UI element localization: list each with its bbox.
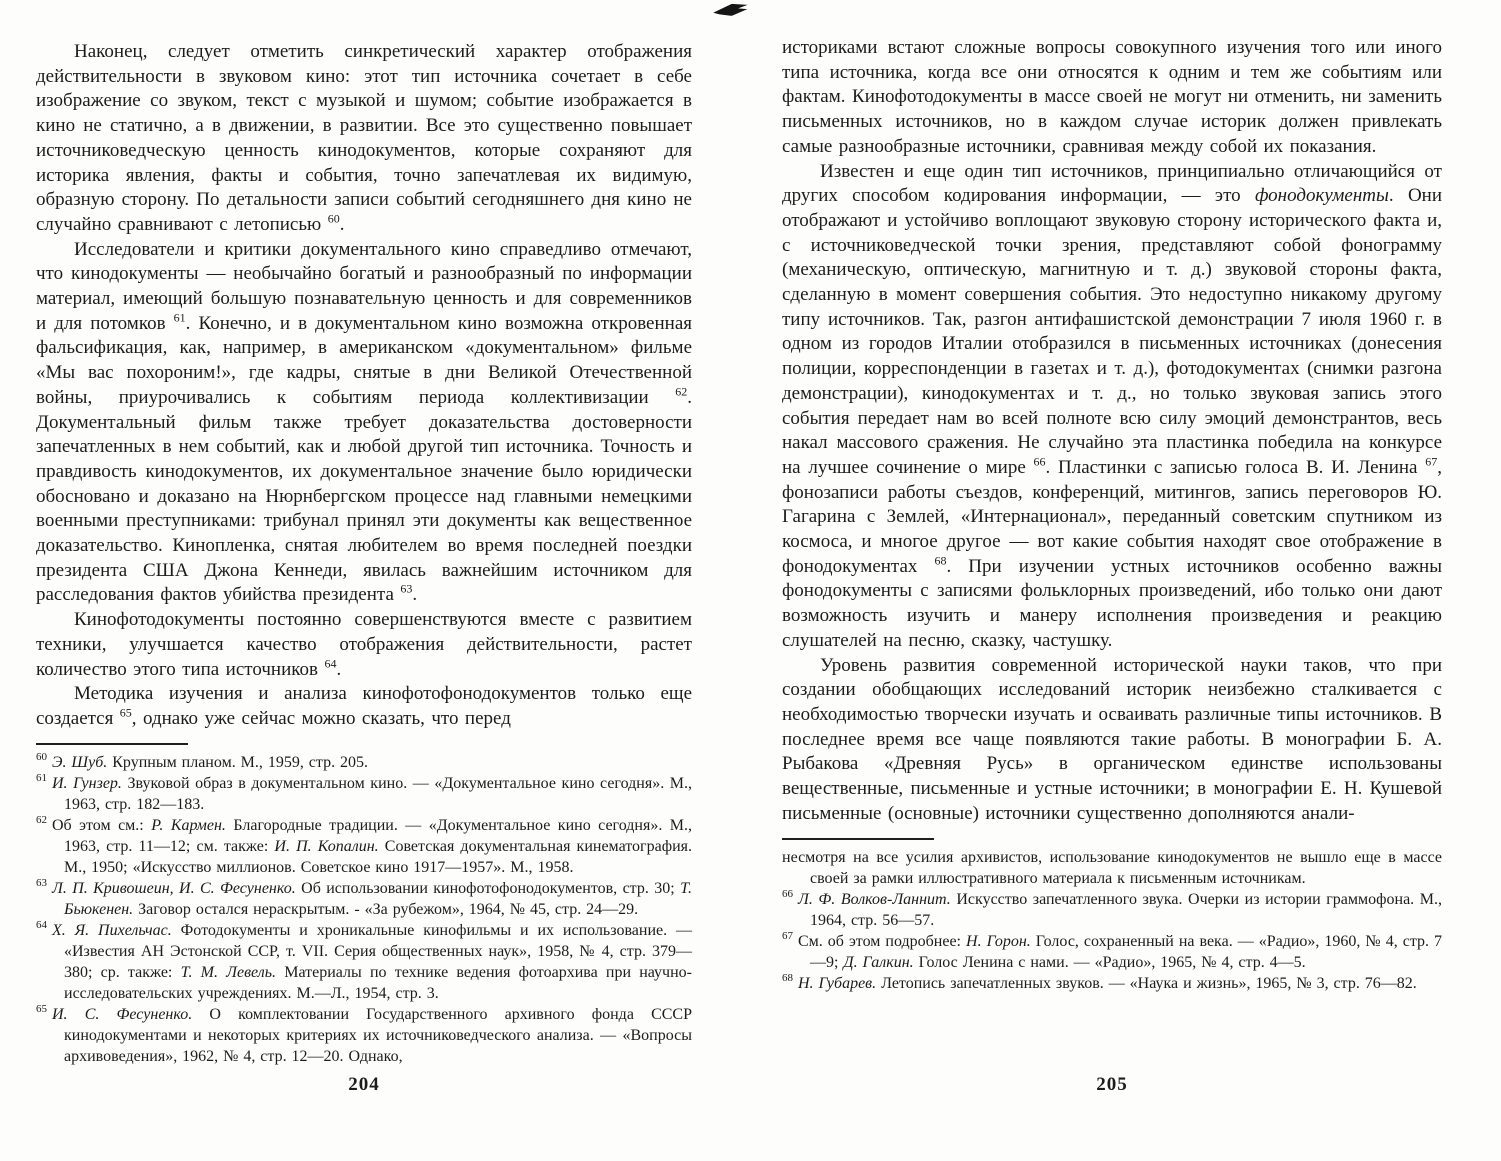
- footnote-reference: 65: [120, 706, 132, 720]
- footnote-number: 64: [36, 919, 47, 931]
- paragraph: Уровень развития современной историческо…: [782, 654, 1442, 827]
- text-segment: Кинофотодокументы постоянно совершенству…: [36, 609, 692, 679]
- footnote-reference: 63: [400, 582, 412, 596]
- footnote: 64Х. Я. Пихельчас. Фотодокументы и хрони…: [36, 920, 692, 1004]
- italic-text-segment: Р. Кармен.: [151, 817, 226, 834]
- italic-text-segment: И. Гунзер.: [52, 775, 122, 792]
- italic-text-segment: Н. Губарев.: [798, 975, 876, 992]
- footnote-number: 61: [36, 772, 47, 784]
- left-page-footnotes: 60Э. Шуб. Крупным планом. М., 1959, стр.…: [36, 752, 692, 1067]
- footnote-reference: 62: [675, 385, 687, 399]
- italic-text-segment: И. П. Копалин.: [274, 838, 378, 855]
- text-segment: .: [340, 214, 345, 235]
- footnote: 61И. Гунзер. Звуковой образ в документал…: [36, 773, 692, 815]
- footnote: 66Л. Ф. Волков-Ланнит. Искусство запечат…: [782, 889, 1442, 931]
- italic-text-segment: Э. Шуб.: [52, 754, 107, 771]
- footnote-reference: 66: [1034, 455, 1046, 469]
- footnote-reference: 64: [324, 656, 336, 670]
- page-number: 204: [36, 1074, 692, 1096]
- footnote-separator: [36, 743, 188, 745]
- footnote: 60Э. Шуб. Крупным планом. М., 1959, стр.…: [36, 752, 692, 773]
- right-page: историками встают сложные вопросы совоку…: [782, 36, 1442, 994]
- italic-text-segment: И. С. Фесуненко.: [52, 1006, 192, 1023]
- footnote-reference: 68: [934, 553, 946, 567]
- text-segment: .: [336, 659, 341, 680]
- text-segment: историками встают сложные вопросы совоку…: [782, 37, 1442, 157]
- text-segment: Голос Ленина с нами. — «Радио», 1965, № …: [914, 954, 1306, 971]
- paragraph: Известен и еще один тип источников, прин…: [782, 160, 1442, 654]
- footnote: 65И. С. Фесуненко. О комплектовании Госу…: [36, 1004, 692, 1067]
- paragraph: Исследователи и критики документального …: [36, 238, 692, 609]
- text-segment: Заговор остался нераскрытым. - «За рубеж…: [133, 901, 638, 918]
- footnote-reference: 61: [174, 310, 186, 324]
- right-page-body: историками встают сложные вопросы совоку…: [782, 36, 1442, 827]
- text-segment: Об использовании кинофотофонодокументов,…: [296, 880, 680, 897]
- footnote-number: 62: [36, 814, 47, 826]
- left-page: Наконец, следует отметить синкретический…: [36, 40, 692, 1067]
- text-segment: . Пластинки с записью голоса В. И. Ленин…: [1046, 457, 1426, 478]
- footnote-separator: [782, 838, 934, 840]
- italic-text-segment: Т. М. Левель.: [181, 964, 276, 981]
- page-number: 205: [782, 1074, 1442, 1096]
- paragraph: Методика изучения и анализа кинофотофоно…: [36, 682, 692, 731]
- footnote: 68Н. Губарев. Летопись запечатленных зву…: [782, 973, 1442, 994]
- text-segment: . Документальный фильм также требует док…: [36, 387, 692, 606]
- right-page-footnotes: несмотря на все усилия архивистов, испол…: [782, 847, 1442, 994]
- text-segment: Звуковой образ в документальном кино. — …: [64, 775, 692, 813]
- footnote-number: 68: [782, 972, 793, 984]
- text-segment: Крупным планом. М., 1959, стр. 205.: [107, 754, 368, 771]
- footnote-reference: 60: [328, 212, 340, 226]
- left-page-body: Наконец, следует отметить синкретический…: [36, 40, 692, 732]
- text-segment: Наконец, следует отметить синкретический…: [36, 41, 692, 235]
- footnote: 67См. об этом подробнее: Н. Горон. Голос…: [782, 931, 1442, 973]
- text-segment: Об этом см.:: [52, 817, 151, 834]
- footnote-reference: 67: [1425, 455, 1437, 469]
- text-segment: Уровень развития современной историческо…: [782, 655, 1442, 824]
- footnote-number: 63: [36, 877, 47, 889]
- italic-text-segment: Д. Галкин.: [843, 954, 913, 971]
- italic-text-segment: фонодокументы: [1255, 185, 1389, 206]
- text-segment: См. об этом подробнее:: [798, 933, 966, 950]
- ink-smudge-artifact: [713, 2, 749, 17]
- footnote: 63Л. П. Кривошеин, И. С. Фесуненко. Об и…: [36, 878, 692, 920]
- italic-text-segment: Л. Ф. Волков-Ланнит.: [798, 891, 951, 908]
- paragraph: Наконец, следует отметить синкретический…: [36, 40, 692, 238]
- paragraph: Кинофотодокументы постоянно совершенству…: [36, 608, 692, 682]
- italic-text-segment: Л. П. Кривошеин, И. С. Фесуненко.: [52, 880, 296, 897]
- book-spread: Наконец, следует отметить синкретический…: [0, 0, 1501, 1161]
- text-segment: , однако уже сейчас можно сказать, что п…: [132, 708, 511, 729]
- italic-text-segment: Н. Горон.: [966, 933, 1031, 950]
- footnote-number: 60: [36, 751, 47, 763]
- text-segment: Летопись запечатленных звуков. — «Наука …: [876, 975, 1417, 992]
- footnote-number: 67: [782, 930, 793, 942]
- paragraph: историками встают сложные вопросы совоку…: [782, 36, 1442, 160]
- footnote: 62Об этом см.: Р. Кармен. Благородные тр…: [36, 815, 692, 878]
- text-segment: .: [412, 584, 417, 605]
- text-segment: несмотря на все усилия архивистов, испол…: [782, 849, 1442, 887]
- footnote-number: 66: [782, 888, 793, 900]
- text-segment: . Они отображают и устойчиво воплощают з…: [782, 185, 1442, 478]
- italic-text-segment: Х. Я. Пихельчас.: [52, 922, 172, 939]
- footnote-number: 65: [36, 1003, 47, 1015]
- footnote: несмотря на все усилия архивистов, испол…: [782, 847, 1442, 889]
